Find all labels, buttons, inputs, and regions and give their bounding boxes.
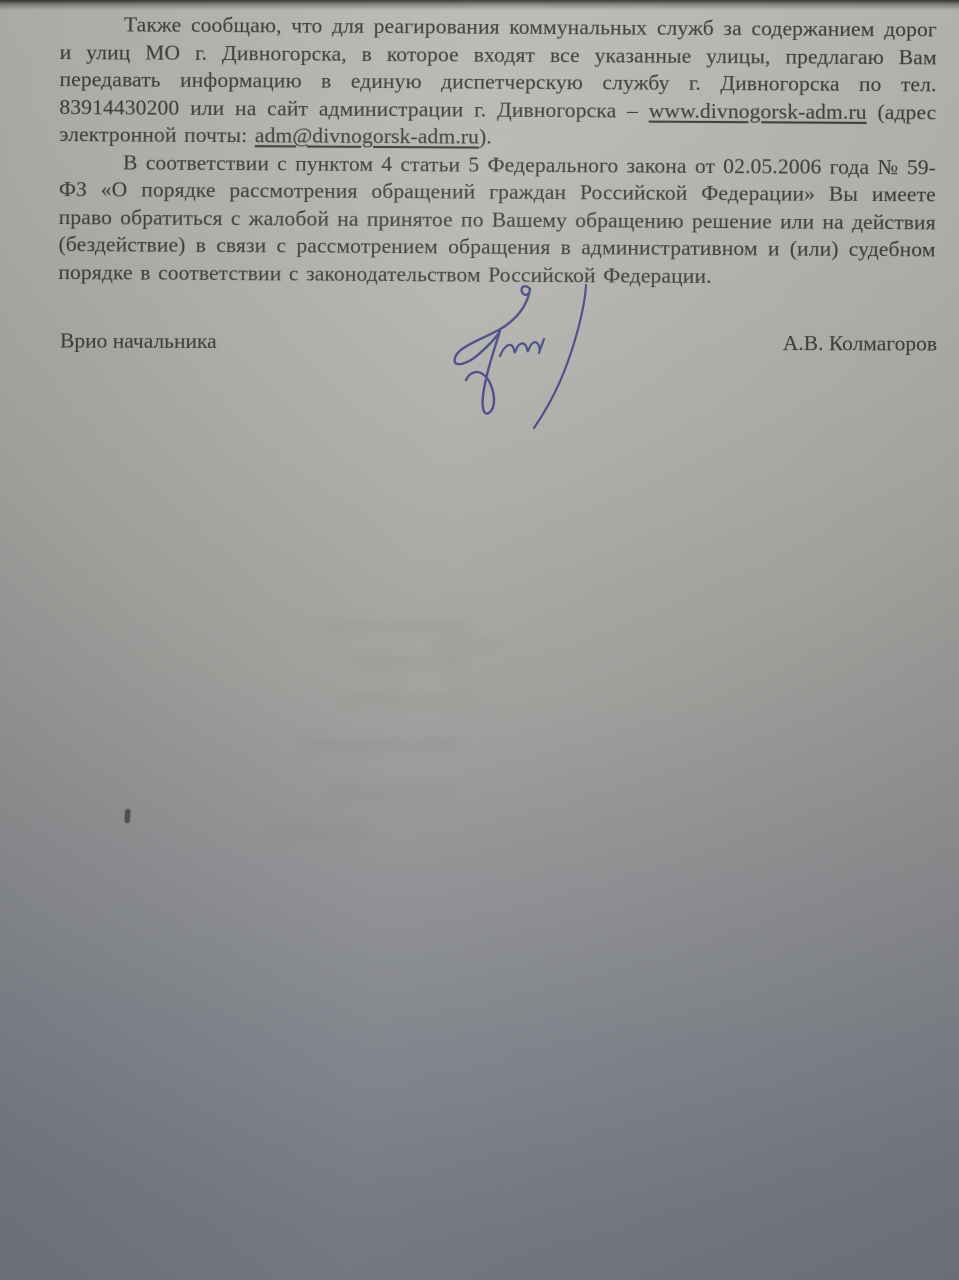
paragraph-utility-services: Также сообщаю, что для реагирования комм…	[59, 11, 937, 154]
bleedthrough-smudge	[355, 658, 465, 667]
signer-name: А.В. Колмагоров	[783, 330, 937, 357]
signature-stroke-slash	[534, 285, 586, 428]
letter-text-block: Также сообщаю, что для реагирования комм…	[58, 11, 937, 291]
photo-top-edge	[0, 0, 959, 10]
paragraph-legal-notice: В соответствии с пунктом 4 статьи 5 Феде…	[58, 148, 936, 291]
bleedthrough-smudge	[430, 640, 500, 648]
bleedthrough-smudge	[320, 622, 470, 631]
bleedthrough-smudge	[340, 695, 475, 704]
paragraph1-text: ).	[479, 125, 492, 149]
photographed-document-page: Также сообщаю, что для реагирования комм…	[0, 0, 959, 1280]
position-title: Врио начальника	[60, 327, 217, 354]
bleedthrough-smudge	[300, 740, 460, 750]
signature-row: Врио начальника А.В. Колмагоров	[60, 327, 937, 356]
ink-speck	[125, 809, 131, 823]
email-url-text: adm@divnogorsk-adm.ru	[255, 123, 479, 148]
site-url-text: www.divnogorsk-adm.ru	[649, 98, 867, 123]
bleedthrough-smudge	[330, 788, 450, 797]
bleedthrough-smudge	[270, 828, 365, 836]
